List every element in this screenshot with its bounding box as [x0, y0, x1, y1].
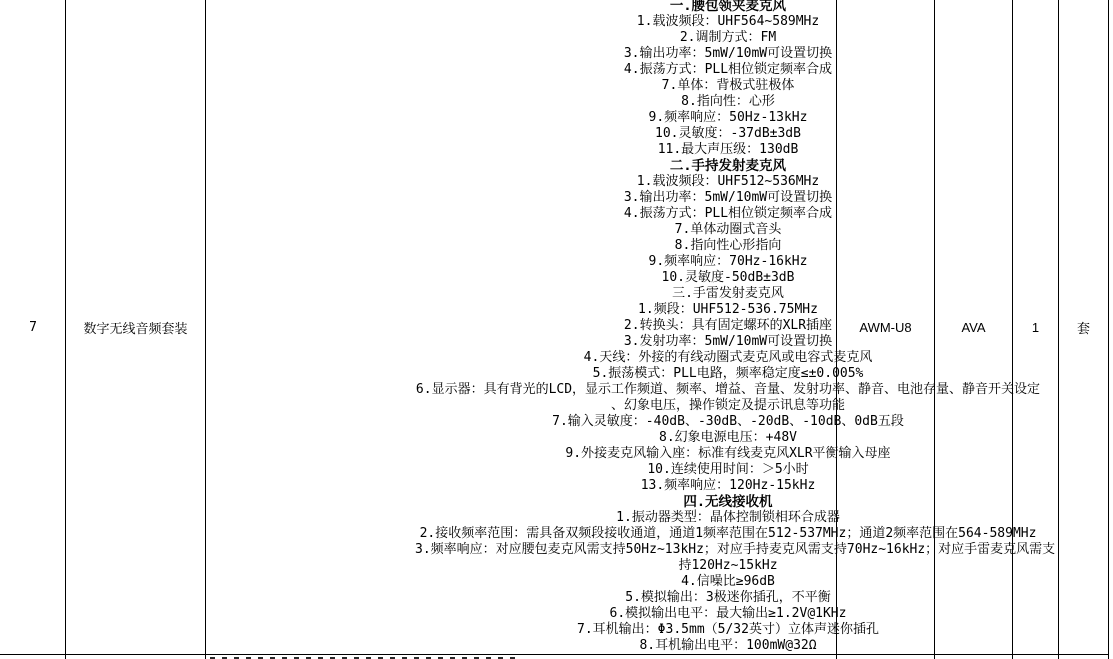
table-right-border	[1108, 0, 1109, 659]
spec-cell: 一.腰包领夹麦克风1.载波频段：UHF564~589MHz2.调制方式：FM3.…	[206, 0, 836, 654]
unit-cell: 套	[1059, 0, 1108, 654]
row-number-cell: 7	[1, 0, 65, 654]
spec-table: 7 数字无线音频套装 一.腰包领夹麦克风1.载波频段：UHF564~589MHz…	[0, 0, 1113, 659]
row-divider	[0, 654, 1109, 655]
quantity-cell: 1	[1013, 0, 1058, 654]
brand-cell: AVA	[935, 0, 1012, 654]
model-cell: AWM-U8	[837, 0, 934, 654]
item-name-cell: 数字无线音频套装	[66, 0, 205, 654]
